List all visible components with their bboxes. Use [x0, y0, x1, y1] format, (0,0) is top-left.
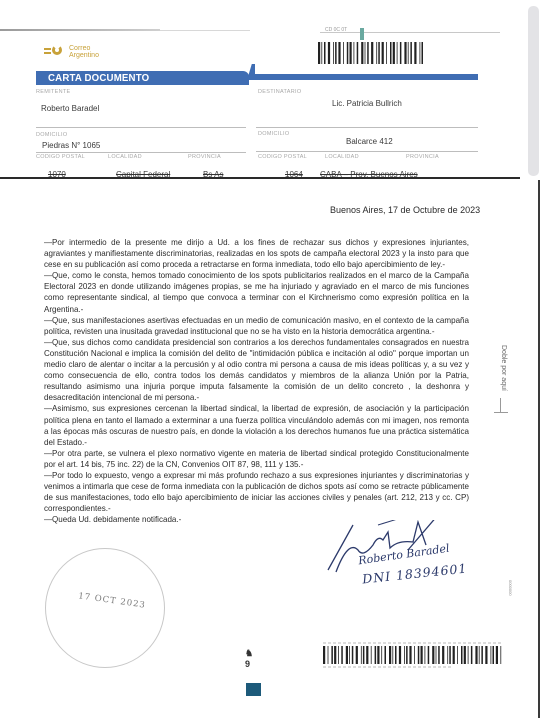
sender-zip-label: CODIGO POSTAL — [36, 154, 85, 160]
recipient-address: Balcarce 412 — [346, 137, 393, 146]
scan-edge-line — [0, 29, 160, 31]
scan-edge-line — [160, 30, 250, 31]
recipient-city-label: LOCALIDAD — [325, 154, 359, 160]
fold-here-note: Doble por aquí — [500, 345, 507, 391]
recipient-name: Lic. Patricia Bullrich — [332, 99, 402, 108]
paragraph: —Por intermedio de la presente me dirijo… — [44, 237, 469, 270]
recipient-address-label: DOMICILIO — [258, 131, 289, 137]
brand-line-1: Correo — [69, 45, 99, 52]
document-type-title: CARTA DOCUMENTO — [48, 72, 149, 84]
barcode-tag — [360, 28, 364, 40]
letter-body: —Por intermedio de la presente me dirijo… — [44, 237, 469, 525]
paragraph: —Que, sus manifestaciones asertivas efec… — [44, 315, 469, 337]
divider — [256, 127, 478, 128]
barcode-caption — [323, 642, 503, 644]
barcode-label: CD 0C 0T — [325, 27, 347, 33]
paragraph: —Por todo lo expuesto, vengo a expresar … — [44, 470, 469, 514]
recipient-label: DESTINATARIO — [258, 89, 301, 95]
tracking-barcode — [318, 42, 423, 64]
postal-stamp — [45, 548, 165, 668]
fold-mark — [494, 412, 508, 413]
sender-label: REMITENTE — [36, 89, 70, 95]
recipient-province-label: PROVINCIA — [406, 154, 439, 160]
divider — [36, 152, 246, 153]
header-band-right — [252, 74, 478, 80]
letter-date: Buenos Aires, 17 de Octubre de 2023 — [330, 205, 480, 215]
correo-logo-icon — [44, 44, 66, 60]
paragraph: —Que, como le consta, hemos tomado conoc… — [44, 270, 469, 314]
brand-line-2: Argentino — [69, 52, 99, 59]
form-bottom-rule — [0, 177, 520, 179]
recipient-zip-label: CODIGO POSTAL — [258, 154, 307, 160]
divider — [36, 127, 246, 128]
sender-address-label: DOMICILIO — [36, 132, 67, 138]
form-color-square — [246, 683, 261, 696]
correo-argentino-logo: Correo Argentino — [44, 44, 99, 60]
fold-mark — [500, 398, 501, 412]
divider — [256, 151, 478, 152]
form-code: 0000000 — [508, 580, 513, 596]
footer-barcode — [323, 646, 503, 664]
paragraph: —Por otra parte, se vulnera el plexo nor… — [44, 448, 469, 470]
sender-name: Roberto Baradel — [41, 104, 99, 113]
sender-province-label: PROVINCIA — [188, 154, 221, 160]
paragraph: —Que, sus dichos como candidata presiden… — [44, 337, 469, 404]
scrollbar-thumb[interactable] — [528, 6, 539, 176]
barcode-caption — [323, 666, 453, 668]
sender-city-label: LOCALIDAD — [108, 154, 142, 160]
paragraph: —Asimismo, sus expresiones cercenan la l… — [44, 403, 469, 447]
sender-address: Piedras N° 1065 — [42, 141, 100, 150]
form-mark-icon: ♞9 — [245, 648, 253, 669]
